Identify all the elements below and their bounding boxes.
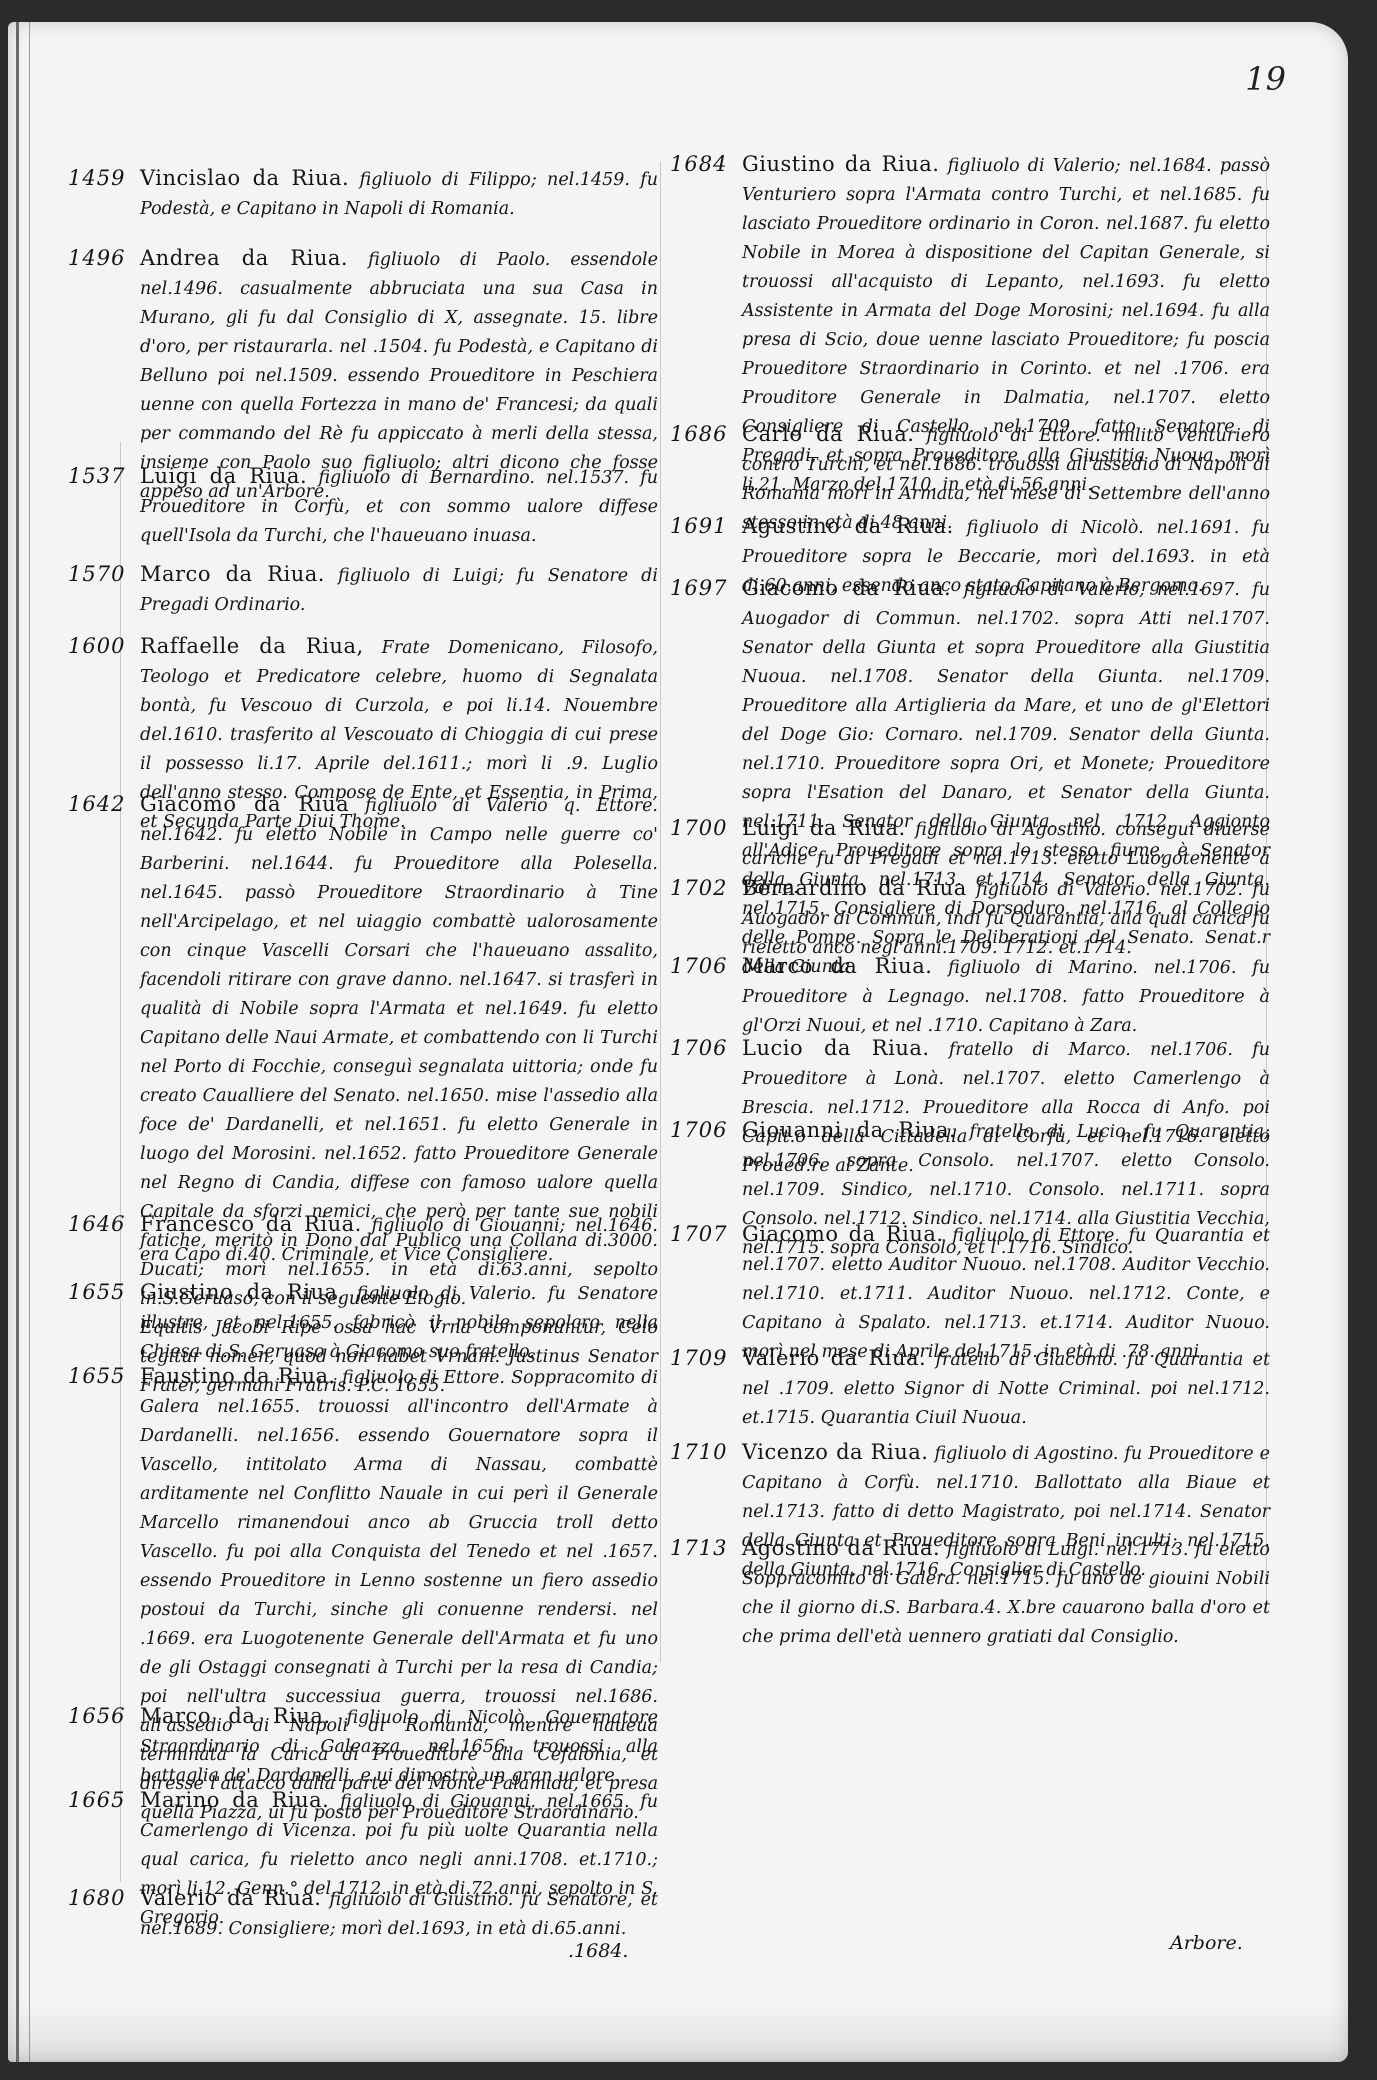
entry-name: Lucio da Riua. <box>742 1036 930 1060</box>
entry-year: 1496 <box>68 244 128 273</box>
entry-year: 1686 <box>670 420 730 449</box>
entry-name: Valerio da Riua. <box>742 1346 926 1370</box>
entry-name: Marco da Riua. <box>140 1704 331 1728</box>
entry-year: 1691 <box>670 512 730 541</box>
entry-text: Agostino da Riua. figliuolo di Luigi. ne… <box>742 1534 1270 1652</box>
entry-name: Marco da Riua. <box>742 954 932 978</box>
folio-number: 19 <box>1245 60 1286 98</box>
entry-year: 1655 <box>68 1362 128 1391</box>
entry-text: Luigi da Riua. figliuolo di Bernardino. … <box>140 462 658 551</box>
catchword-left: .1684. <box>568 1940 628 1962</box>
entry-name: Giouanni da Riua. <box>742 1118 956 1142</box>
entry-year: 1680 <box>68 1884 128 1913</box>
entry-year: 1655 <box>68 1278 128 1307</box>
entry-name: Agustino da Riua. <box>742 514 954 538</box>
entry-year: 1656 <box>68 1702 128 1731</box>
entry-name: Luigi da Riua. <box>742 816 906 840</box>
entry-year: 1697 <box>670 574 730 603</box>
entry-text: Giustino da Riua. figliuolo di Valerio. … <box>140 1278 658 1367</box>
entry-year: 1700 <box>670 814 730 843</box>
entry-year: 1537 <box>68 462 128 491</box>
entry-year: 1710 <box>670 1438 730 1467</box>
entry-text: Marco da Riua. figliuolo di Marino. nel.… <box>742 952 1270 1041</box>
entry-text: Marco da Riua. figliuolo di Luigi; fu Se… <box>140 560 658 620</box>
entry-year: 1706 <box>670 1034 730 1063</box>
entry-year: 1600 <box>68 632 128 661</box>
entry-year: 1665 <box>68 1786 128 1815</box>
entry-name: Vicenzo da Riua. <box>742 1440 928 1464</box>
page-binding-edge <box>16 22 30 2062</box>
catchword-right: Arbore. <box>1170 1932 1243 1954</box>
entry-text: Valerio da Riua. figliuolo di Giustino. … <box>140 1884 658 1944</box>
column-divider-rule <box>660 162 661 1662</box>
entry-year: 1713 <box>670 1534 730 1563</box>
entry-name: Giustino da Riua. <box>140 1280 345 1304</box>
entry-name: Giustino da Riua. <box>742 152 939 176</box>
entry-year: 1706 <box>670 1116 730 1145</box>
entry-name: Bernardino da Riua <box>742 876 967 900</box>
manuscript-page: 19 1459 Vincislao da Riua. figliuolo di … <box>8 22 1348 2062</box>
entry-year: 1709 <box>670 1344 730 1373</box>
entry-year: 1570 <box>68 560 128 589</box>
entry-name: Vincislao da Riua. <box>140 166 349 190</box>
entry-year: 1459 <box>68 164 128 193</box>
entry-name: Agostino da Riua. <box>742 1536 940 1560</box>
entry-name: Raffaelle da Riua, <box>140 634 364 658</box>
entry-text: Vincislao da Riua. figliuolo di Filippo;… <box>140 164 658 224</box>
entry-text: Valerio da Riua. fratello di Giacomo. fu… <box>742 1344 1270 1433</box>
entry-year: 1642 <box>68 790 128 819</box>
entry-name: Marco da Riua. <box>140 562 325 586</box>
entry-year: 1702 <box>670 874 730 903</box>
entry-name: Faustino da Riua. <box>140 1364 336 1388</box>
entry-text: Bernardino da Riua figliuolo di Valerio.… <box>742 874 1270 963</box>
entry-name: Giacomo da Riua <box>140 792 349 816</box>
entry-name: Francesco da Riua. <box>140 1212 362 1236</box>
entry-text: Francesco da Riua. figliuolo di Giouanni… <box>140 1210 658 1270</box>
entry-name: Luigi da Riua. <box>140 464 307 488</box>
entry-year: 1646 <box>68 1210 128 1239</box>
entry-year: 1706 <box>670 952 730 981</box>
worn-bottom-edge <box>8 2002 1348 2062</box>
entry-name: Carlo da Riua. <box>742 422 914 446</box>
entry-text: Marco da Riua. figliuolo di Nicolò. Goue… <box>140 1702 658 1791</box>
entry-name: Giacomo da Riua. <box>742 576 951 600</box>
entry-name: Valerio da Riua. <box>140 1886 321 1910</box>
entry-name: Marino da Riua. <box>140 1788 329 1812</box>
entry-year: 1684 <box>670 150 730 179</box>
entry-year: 1707 <box>670 1220 730 1249</box>
entry-name: Andrea da Riua. <box>140 246 348 270</box>
entry-name: Giacomo da Riua. <box>742 1222 944 1246</box>
